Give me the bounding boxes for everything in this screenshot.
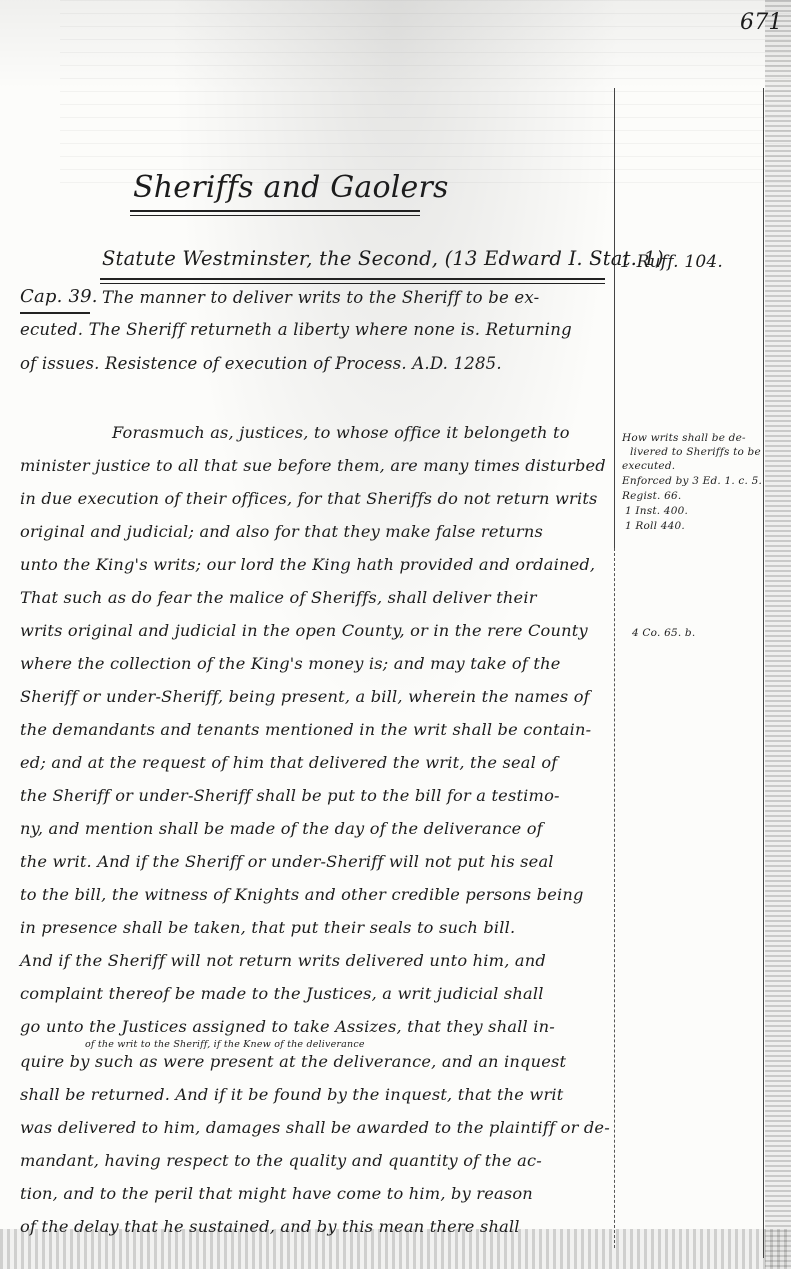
title-underline <box>130 210 420 216</box>
margin-note: Regist. 66. <box>622 490 681 503</box>
margin-reference: 1 Ruff. 104. <box>620 252 723 272</box>
body-line: original and judicial; and also for that… <box>20 522 543 541</box>
body-line: minister justice to all that sue before … <box>20 456 606 475</box>
body-line: complaint thereof be made to the Justice… <box>20 984 544 1003</box>
faded-bleedthrough-area <box>60 0 791 190</box>
body-line: ed; and at the request of him that deliv… <box>20 753 557 772</box>
body-line: Forasmuch as, justices, to whose office … <box>112 423 570 442</box>
body-line: the Sheriff or under-Sheriff shall be pu… <box>20 786 560 805</box>
margin-rule-left-lower <box>614 548 615 1248</box>
margin-rule-right <box>763 88 764 1258</box>
margin-note: executed. <box>622 460 675 473</box>
chapter-underline <box>20 312 90 316</box>
body-line: mandant, having respect to the quality a… <box>20 1151 542 1170</box>
body-line: writs original and judicial in the open … <box>20 621 588 640</box>
body-line: And if the Sheriff will not return writs… <box>20 951 546 970</box>
body-line: Sheriff or under-Sheriff, being present,… <box>20 687 590 706</box>
margin-note: 1 Inst. 400. <box>625 505 688 518</box>
body-line: quire by such as were present at the del… <box>20 1052 566 1071</box>
chapter-summary-line: ecuted. The Sheriff returneth a liberty … <box>20 320 572 339</box>
body-line: unto the King's writs; our lord the King… <box>20 555 595 574</box>
margin-note: Enforced by 3 Ed. 1. c. 5. <box>622 475 762 488</box>
body-line: That such as do fear the malice of Sheri… <box>20 588 537 607</box>
chapter-summary-line: The manner to deliver writs to the Sheri… <box>102 288 539 307</box>
body-line: in due execution of their offices, for t… <box>20 489 598 508</box>
body-line: the demandants and tenants mentioned in … <box>20 720 591 739</box>
body-line: was delivered to him, damages shall be a… <box>20 1118 610 1137</box>
body-line: to the bill, the witness of Knights and … <box>20 885 584 904</box>
chapter-label: Cap. 39. <box>20 286 98 307</box>
margin-note: 4 Co. 65. b. <box>632 627 695 640</box>
margin-note: 1 Roll 440. <box>625 520 685 533</box>
margin-note: How writs shall be de- <box>622 432 746 445</box>
body-line: go unto the Justices assigned to take As… <box>20 1017 555 1036</box>
body-line: the writ. And if the Sheriff or under-Sh… <box>20 852 554 871</box>
body-line: where the collection of the King's money… <box>20 654 561 673</box>
statute-heading: Statute Westminster, the Second, (13 Edw… <box>102 247 664 270</box>
statute-underline <box>100 278 605 284</box>
interlinear-insertion: of the writ to the Sheriff, if the Knew … <box>85 1039 365 1050</box>
manuscript-page: 671 Sheriffs and Gaolers Statute Westmin… <box>0 0 791 1269</box>
body-line: of the delay that he sustained, and by t… <box>20 1217 520 1236</box>
body-line: shall be returned. And if it be found by… <box>20 1085 564 1104</box>
body-line: in presence shall be taken, that put the… <box>20 918 515 937</box>
page-title: Sheriffs and Gaolers <box>133 170 449 205</box>
margin-note: livered to Sheriffs to be <box>630 446 761 459</box>
margin-rule-left <box>614 88 615 548</box>
body-line: tion, and to the peril that might have c… <box>20 1184 533 1203</box>
page-edge-shadow <box>765 0 791 1269</box>
body-line: ny, and mention shall be made of the day… <box>20 819 543 838</box>
chapter-summary-line: of issues. Resistence of execution of Pr… <box>20 354 502 373</box>
page-number: 671 <box>740 10 783 35</box>
